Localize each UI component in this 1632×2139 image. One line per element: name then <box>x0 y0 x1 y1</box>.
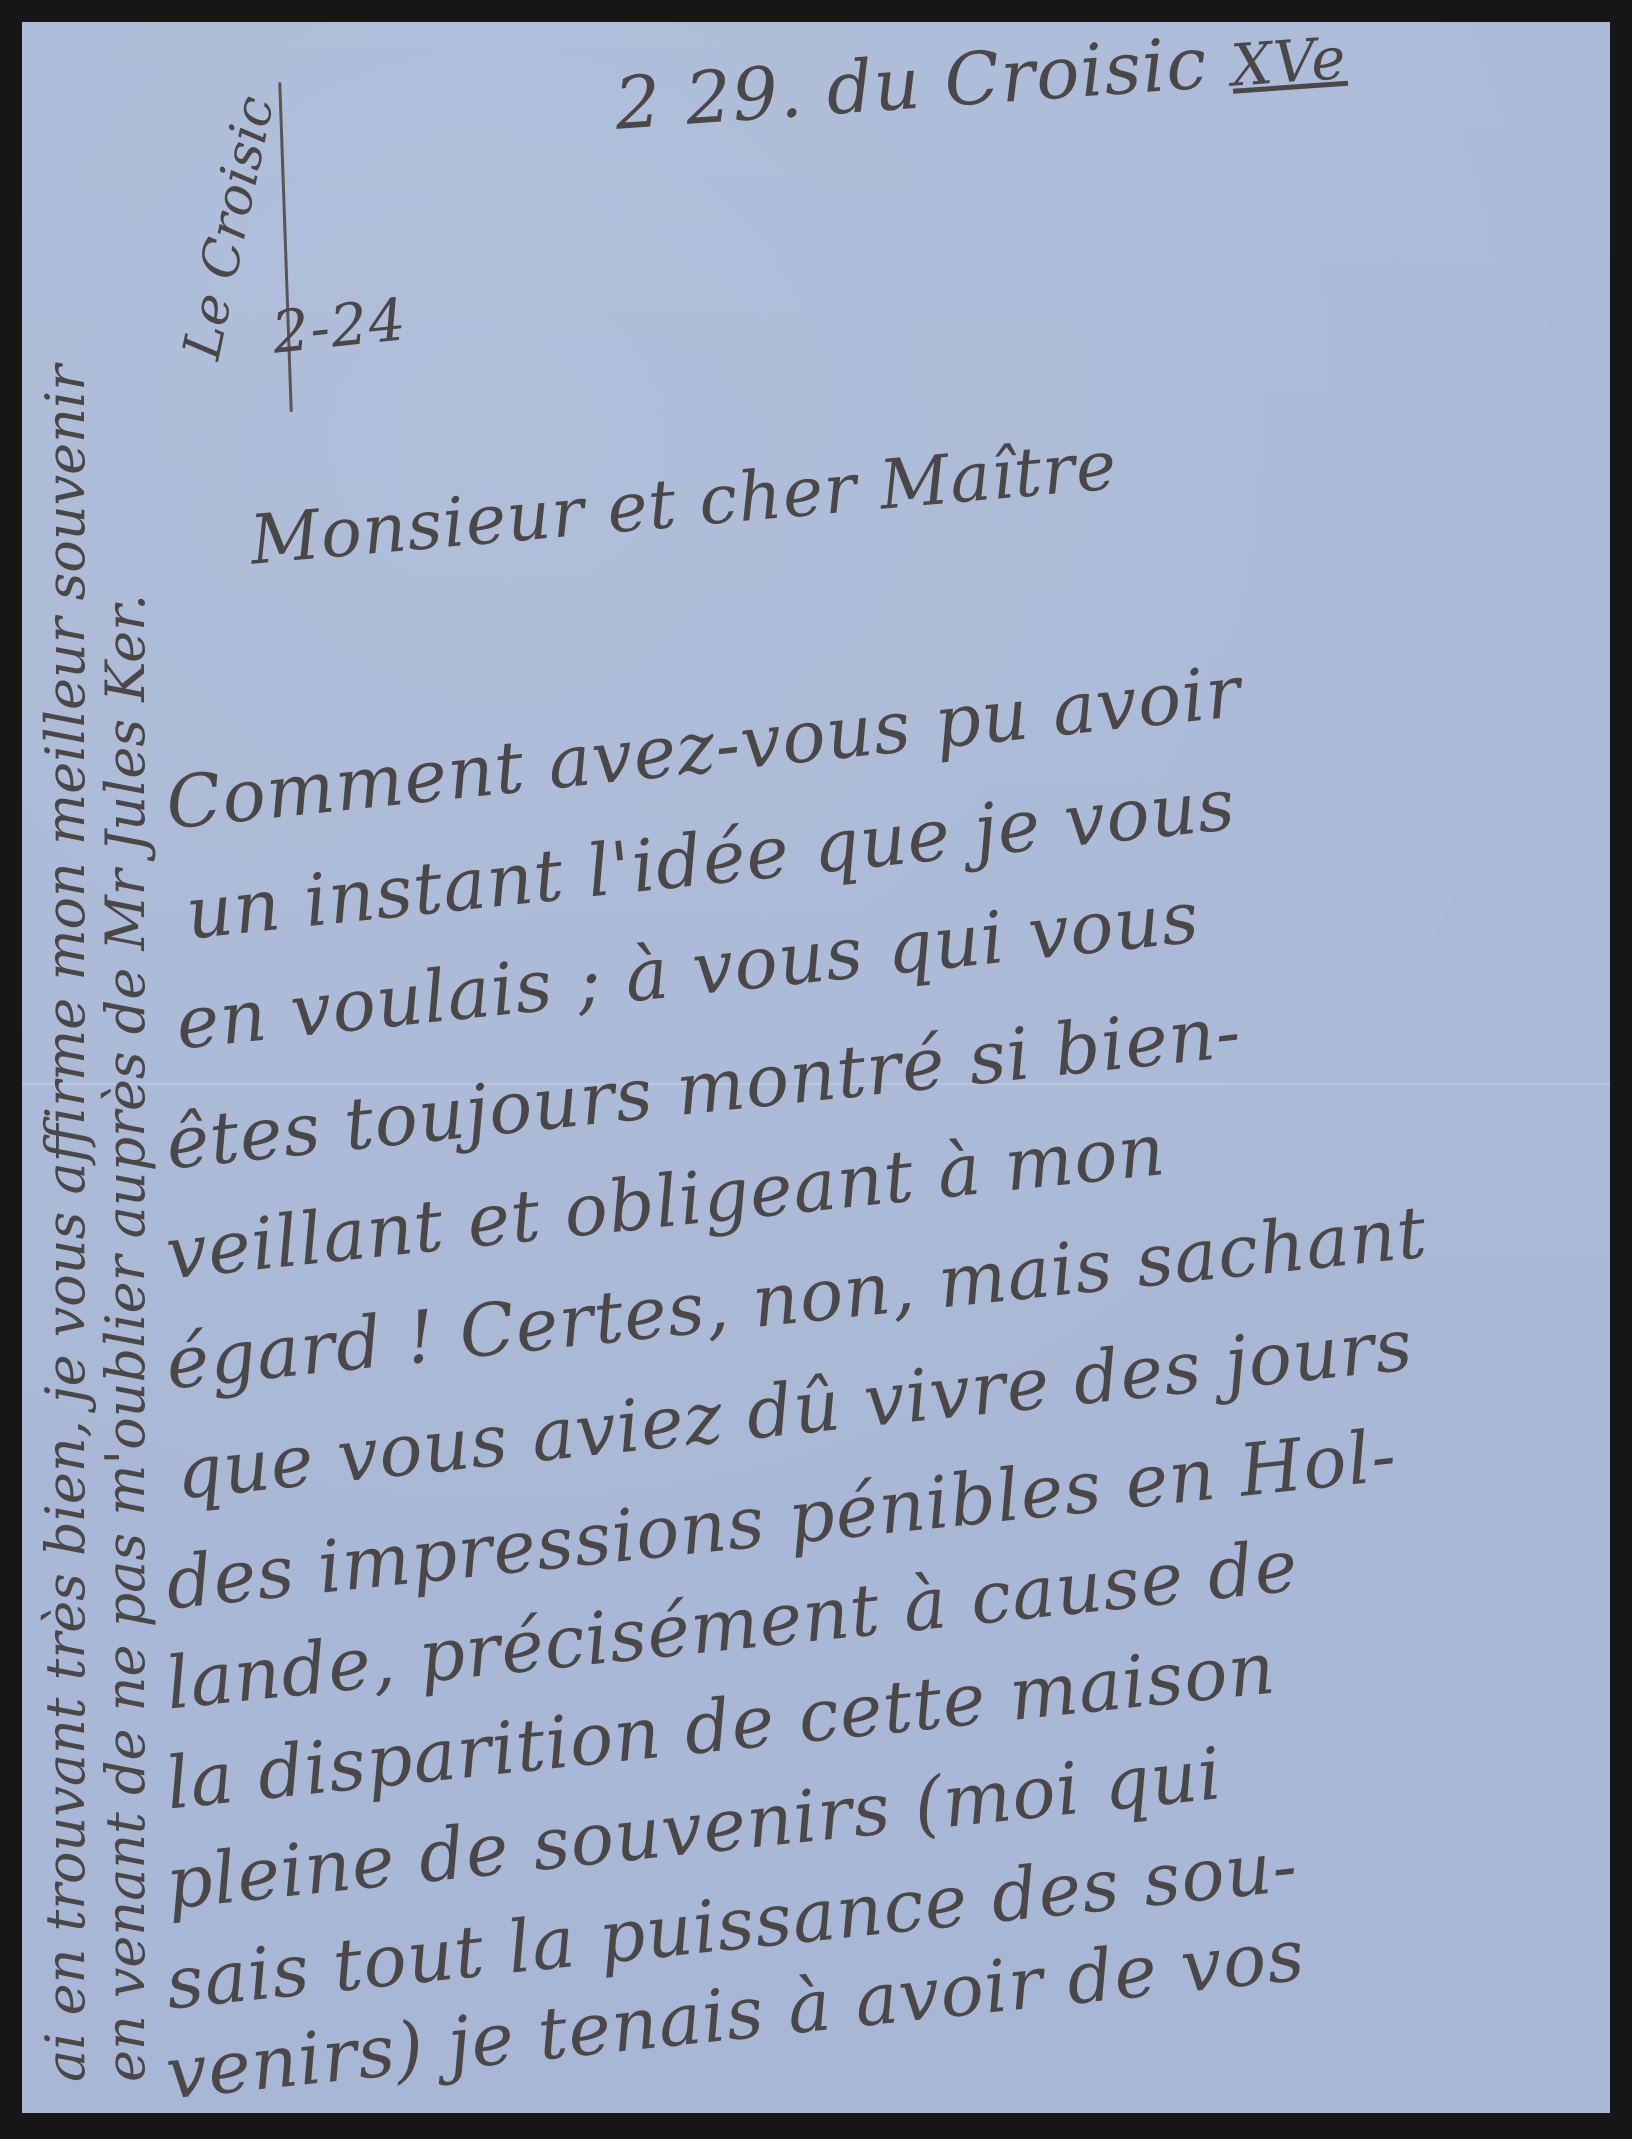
margin-note-line: ai en trouvant très bien, je vous affirm… <box>34 365 97 2082</box>
dateline: 2 29. du Croisic XVe <box>612 11 1349 146</box>
reference-number: 2-24 <box>269 285 410 367</box>
rotated-annotation: Le Croisic <box>172 91 286 365</box>
dateline-suffix: XVe <box>1229 24 1349 100</box>
letter-page: Le Croisic 2 29. du Croisic XVe 2-24 Mon… <box>22 22 1610 2113</box>
dateline-place: 2 29. du Croisic <box>612 21 1210 146</box>
salutation: Monsieur et cher Maître <box>247 426 1120 580</box>
margin-note-line: en venant de ne pas m'oublier auprès de … <box>94 594 157 2082</box>
